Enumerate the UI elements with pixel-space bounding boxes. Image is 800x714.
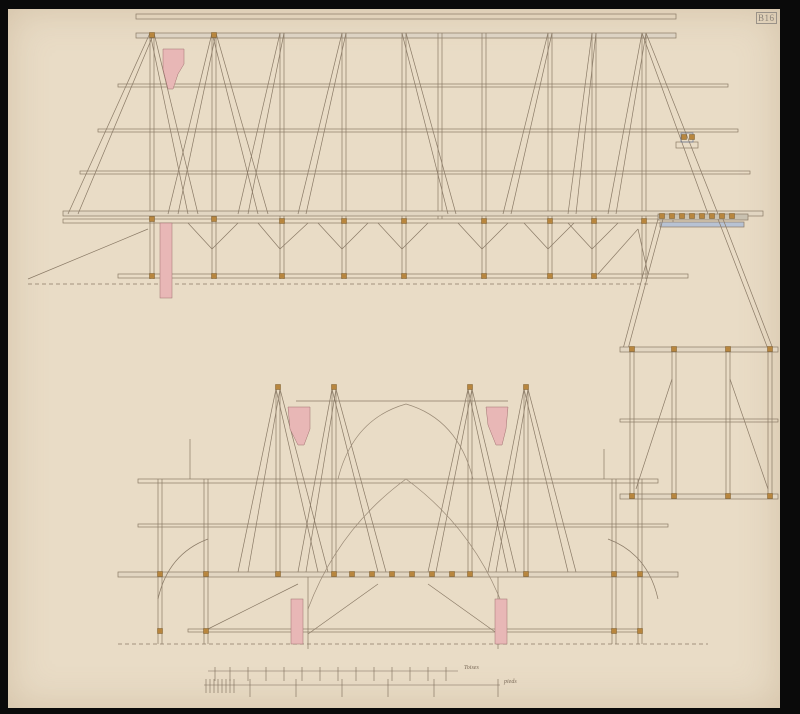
- timber-joints: [150, 33, 773, 634]
- scale-label-toises: Toises: [464, 665, 479, 671]
- catalog-stamp: B16: [756, 13, 777, 23]
- scaffolding-drawing: [8, 9, 780, 708]
- scale-bars: [204, 667, 500, 697]
- drawing-sheet: B16 Toises pieds: [8, 9, 780, 708]
- scale-label-pieds: pieds: [504, 679, 517, 685]
- catalog-code: B16: [756, 12, 777, 24]
